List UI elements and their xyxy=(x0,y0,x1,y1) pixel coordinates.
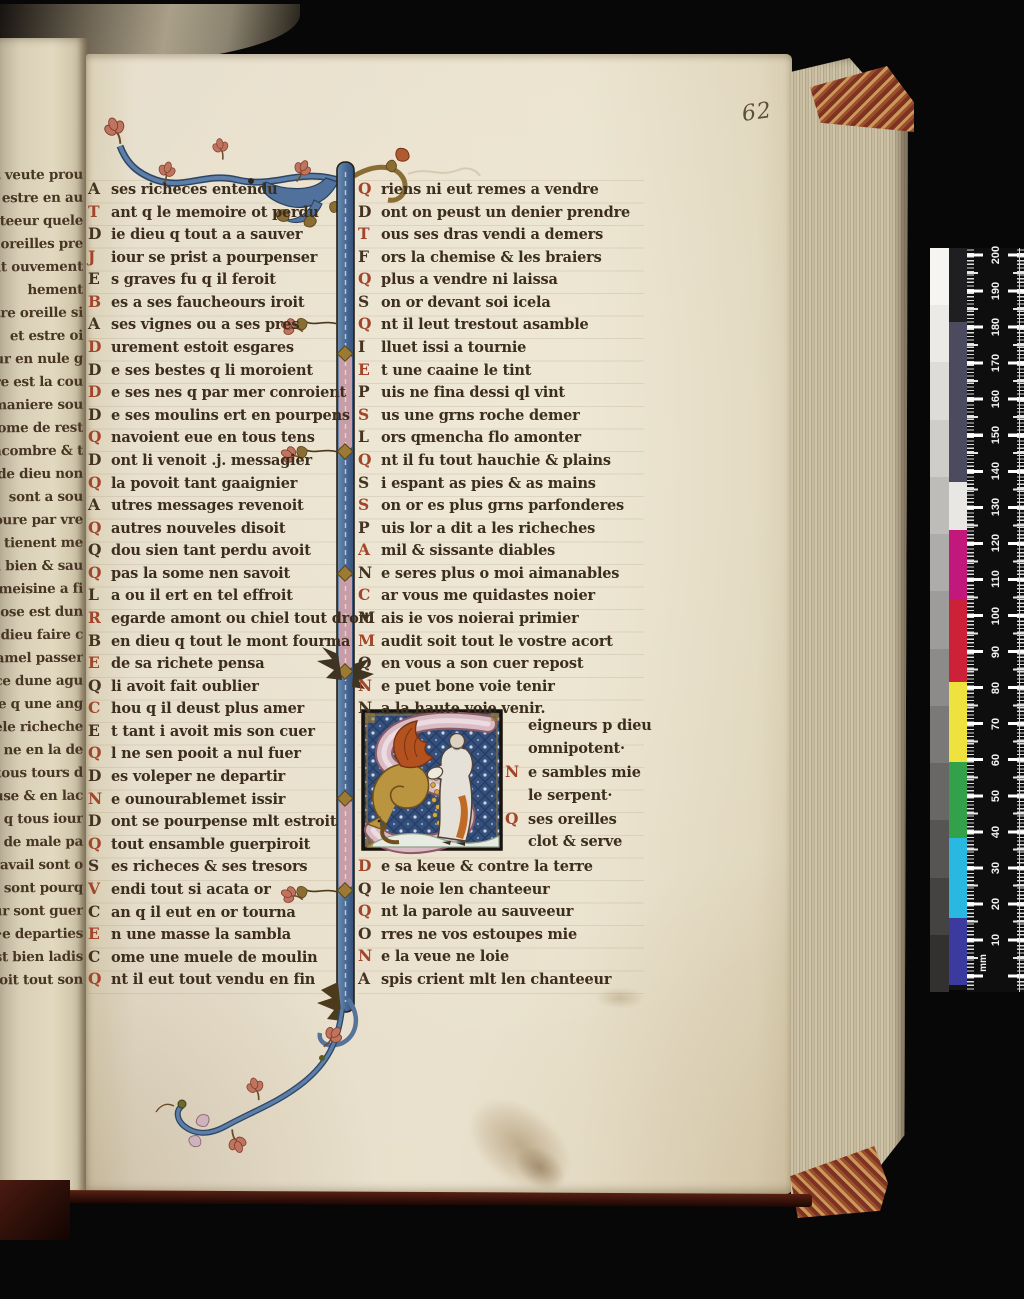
text-line: Tant q le memoire ot perdu xyxy=(88,201,348,224)
text-line: De ses moulins ert en pourpens xyxy=(88,404,348,427)
grayscale-step xyxy=(930,305,949,362)
text-line: eigneurs p dieu xyxy=(505,714,655,737)
text-line: Puis lor a dit a les richeches xyxy=(358,517,648,540)
text-line: Can q il eut en or tourna xyxy=(88,901,348,924)
text-line: le serpent· xyxy=(505,784,655,807)
grayscale-step xyxy=(930,591,949,648)
text-line: Son or es plus grns parfonderes xyxy=(358,494,648,517)
text-line: Qautres nouveles disoit xyxy=(88,517,348,540)
text-line: Lors qmencha flo amonter xyxy=(358,426,648,449)
mm-ruler: 2001901801701601501401301201101009080706… xyxy=(967,248,1024,992)
text-fragment: nt estre en au xyxy=(0,187,83,211)
ruler-number: 110 xyxy=(989,563,1003,595)
previous-page-text: est veute prount estre en auuteeur quele… xyxy=(0,164,83,992)
ruler-number: 200 xyxy=(989,239,1003,271)
text-column-left: Ases richeces entenduTant q le memoire o… xyxy=(88,178,348,991)
previous-page-strip[interactable]: est veute prount estre en auuteeur quele… xyxy=(0,38,88,1196)
text-fragment: ace dune agu xyxy=(0,670,83,694)
text-fragment: e maniere sou xyxy=(0,394,83,418)
ruler-number: 70 xyxy=(989,708,1003,740)
text-line: Sus une grns roche demer xyxy=(358,404,648,427)
text-line: Qriens ni eut remes a vendre xyxy=(358,178,648,201)
text-fragment: ere est la cou xyxy=(0,371,83,395)
text-line: Ne sambles mie xyxy=(505,760,655,783)
text-line: Des voleper ne departir xyxy=(88,765,348,788)
text-line: Car vous me quidastes noier xyxy=(358,584,648,607)
historiated-initial-S xyxy=(363,711,501,849)
text-fragment: t cele richeche xyxy=(0,716,83,740)
text-fragment: ur sont pourq xyxy=(0,877,83,901)
text-fragment: s tienent me xyxy=(0,532,83,556)
text-fragment: lt ouvement xyxy=(0,256,83,280)
text-line: Ql ne sen pooit a nul fuer xyxy=(88,742,348,765)
text-line: Illuet issi a tournie xyxy=(358,336,648,359)
text-line: Qdou sien tant perdu avoit xyxy=(88,539,348,562)
ruler-number: 100 xyxy=(989,600,1003,632)
text-fragment: e dieu faire c xyxy=(0,624,83,648)
ruler-number: 60 xyxy=(989,744,1003,776)
color-patches xyxy=(949,248,967,992)
text-fragment: travail sont o xyxy=(0,854,83,878)
text-fragment: re q une ang xyxy=(0,693,83,717)
ruler-number: 120 xyxy=(989,527,1003,559)
text-fragment: uoit tout son xyxy=(0,969,83,993)
book-fore-edge xyxy=(791,58,908,1210)
text-line: Dont li venoit .j. messagier xyxy=(88,449,348,472)
text-fragment: et estre oi xyxy=(0,325,83,349)
text-fragment: eur sont guer xyxy=(0,900,83,924)
color-patch xyxy=(949,762,967,838)
text-line: Qla povoit tant gaaignier xyxy=(88,472,348,495)
color-patch xyxy=(949,248,967,322)
text-line: Maudit soit tout le vostre acort xyxy=(358,630,648,653)
text-line: omnipotent· xyxy=(505,737,655,760)
text-line: Son or devant soi icela xyxy=(358,291,648,314)
text-line: Amil & sissante diables xyxy=(358,539,648,562)
grayscale-step xyxy=(930,763,949,820)
text-line: Durement estoit esgares xyxy=(88,336,348,359)
text-line: Ne seres plus o moi aimanables xyxy=(358,562,648,585)
text-fragment: q tous tours d xyxy=(0,762,83,786)
text-line: Qtout ensamble guerpiroit xyxy=(88,833,348,856)
text-line: Qle noie len chanteeur xyxy=(358,878,648,901)
text-line: Et une caaine le tint xyxy=(358,359,648,382)
color-patch xyxy=(949,985,967,990)
ruler-unit-label: mm xyxy=(978,950,990,976)
text-line: Ne puet bone voie tenir xyxy=(358,675,648,698)
ruler-number: 10 xyxy=(989,924,1003,956)
ruler-number: 140 xyxy=(989,455,1003,487)
text-line: Qses oreilles xyxy=(505,807,655,830)
grayscale-step xyxy=(930,935,949,992)
text-line: Ases richeces entendu xyxy=(88,178,348,201)
text-fragment: es cose est dun xyxy=(0,601,83,625)
text-line: De ses nes q par mer conroient xyxy=(88,381,348,404)
color-patch xyxy=(949,838,967,918)
text-line: Come une muele de moulin xyxy=(88,946,348,969)
text-line: Bes a ses faucheours iroit xyxy=(88,291,348,314)
text-fragment: r q tous iour xyxy=(0,808,83,832)
text-line: De sa keue & contre la terre xyxy=(358,855,648,878)
text-fragment: iou bien & sau xyxy=(0,555,83,579)
ruler-number: 170 xyxy=(989,347,1003,379)
color-patch xyxy=(949,322,967,482)
text-line: Vendi tout si acata or xyxy=(88,878,348,901)
book-cover-corner xyxy=(0,1180,70,1240)
text-line: Regarde amont ou chiel tout droit xyxy=(88,607,348,630)
text-line: clot & serve xyxy=(505,830,655,853)
text-fragment: le meisine a fi xyxy=(0,578,83,602)
grayscale-patches xyxy=(930,248,949,992)
text-line: Chou q il deust plus amer xyxy=(88,697,348,720)
text-fragment: eur en nule g xyxy=(0,348,83,372)
text-line: Tous ses dras vendi a demers xyxy=(358,223,648,246)
text-line: Ne ounourablemet issir xyxy=(88,788,348,811)
text-fragment: sont a sou xyxy=(0,486,83,510)
text-fragment: ne en la de xyxy=(0,739,83,763)
grayscale-step xyxy=(930,477,949,534)
text-fragment: e home de rest xyxy=(0,417,83,441)
ruler-number: 180 xyxy=(989,311,1003,343)
text-fragment: uteeur quele xyxy=(0,210,83,234)
text-fragment: encombre & t xyxy=(0,440,83,464)
text-line: Autres messages revenoit xyxy=(88,494,348,517)
ruler-number: 150 xyxy=(989,419,1003,451)
text-fragment: s oreilles pre xyxy=(0,233,83,257)
text-line: Qnt il eut tout vendu en fin xyxy=(88,968,348,991)
color-calibration-strip: 2001901801701601501401301201101009080706… xyxy=(930,248,1024,992)
ruler-number: 40 xyxy=(989,816,1003,848)
grayscale-step xyxy=(930,362,949,419)
color-patch xyxy=(949,600,967,682)
ruler-number: 90 xyxy=(989,636,1003,668)
text-fragment: a fist bien ladis xyxy=(0,946,83,970)
text-line: Ne la veue ne loie xyxy=(358,945,648,968)
text-line: Qli avoit fait oublier xyxy=(88,675,348,698)
photograph-of-manuscript: { "page": { "folio_number": "62", "parch… xyxy=(0,0,1024,1299)
ruler-number: 190 xyxy=(989,275,1003,307)
grayscale-step xyxy=(930,420,949,477)
text-line: Qnt la parole au sauveeur xyxy=(358,900,648,923)
text-line: Qen vous a son cuer repost xyxy=(358,652,648,675)
text-line: Qplus a vendre ni laissa xyxy=(358,268,648,291)
text-line: Es graves fu q il feroit xyxy=(88,268,348,291)
text-line: De ses bestes q li moroient xyxy=(88,359,348,382)
text-fragment: e departies· xyxy=(0,923,83,947)
text-line: Qnt il fu tout hauchie & plains xyxy=(358,449,648,472)
text-line: Jiour se prist a pourpenser xyxy=(88,246,348,269)
grayscale-step xyxy=(930,649,949,706)
text-line: Si espant as pies & as mains xyxy=(358,472,648,495)
grayscale-step xyxy=(930,820,949,877)
text-line: Ases vignes ou a ses pres xyxy=(88,313,348,336)
color-patch xyxy=(949,918,967,985)
grayscale-step xyxy=(930,706,949,763)
ruler-number: 160 xyxy=(989,383,1003,415)
text-line: Et tant i avoit mis son cuer xyxy=(88,720,348,743)
text-line: La ou il ert en tel effroit xyxy=(88,584,348,607)
text-line: Ses richeces & ses tresors xyxy=(88,855,348,878)
text-column-right-lower: De sa keue & contre la terreQle noie len… xyxy=(358,855,648,990)
text-fragment: est veute prou xyxy=(0,164,83,188)
grayscale-step xyxy=(930,248,949,305)
text-fragment: hement xyxy=(0,279,83,303)
text-column-right-upper: Qriens ni eut remes a vendreDont on peus… xyxy=(358,178,648,720)
text-line: En une masse la sambla xyxy=(88,923,348,946)
ruler-number: 50 xyxy=(989,780,1003,812)
text-line: Die dieu q tout a a sauver xyxy=(88,223,348,246)
text-line: Fors la chemise & les braiers xyxy=(358,246,648,269)
color-patch xyxy=(949,530,967,600)
text-fragment: camel passer xyxy=(0,647,83,671)
text-fragment: tre oreille si xyxy=(0,302,83,326)
ruler-number: 30 xyxy=(989,852,1003,884)
book-cover-edge xyxy=(52,1190,812,1207)
text-line: Ben dieu q tout le mont fourma xyxy=(88,630,348,653)
text-line: Dont se pourpense mlt estroit xyxy=(88,810,348,833)
color-patch xyxy=(949,682,967,762)
ruler-number: 20 xyxy=(989,888,1003,920)
text-beside-initial: eigneurs p dieuomnipotent·Ne sambles mie… xyxy=(505,714,655,853)
text-line: Puis ne fina dessi ql vint xyxy=(358,381,648,404)
grayscale-step xyxy=(930,878,949,935)
text-line: Mais ie vos noierai primier xyxy=(358,607,648,630)
text-fragment: ause & en lac xyxy=(0,785,83,809)
color-patch xyxy=(949,482,967,530)
grayscale-step xyxy=(930,534,949,591)
folio-number: 62 xyxy=(740,98,773,127)
text-fragment: de dieu non xyxy=(0,463,83,487)
text-line: Qpas la some nen savoit xyxy=(88,562,348,585)
text-fragment: oure par vre xyxy=(0,509,83,533)
text-fragment: nt de male pa xyxy=(0,831,83,855)
text-line: Aspis crient mlt len chanteeur xyxy=(358,968,648,991)
ruler-number: 130 xyxy=(989,491,1003,523)
ruler-number: 80 xyxy=(989,672,1003,704)
text-line: Qnavoient eue en tous tens xyxy=(88,426,348,449)
text-line: Ede sa richete pensa xyxy=(88,652,348,675)
text-line: Dont on peust un denier prendre xyxy=(358,201,648,224)
text-line: Qnt il leut trestout asamble xyxy=(358,313,648,336)
text-line: Orres ne vos estoupes mie xyxy=(358,923,648,946)
